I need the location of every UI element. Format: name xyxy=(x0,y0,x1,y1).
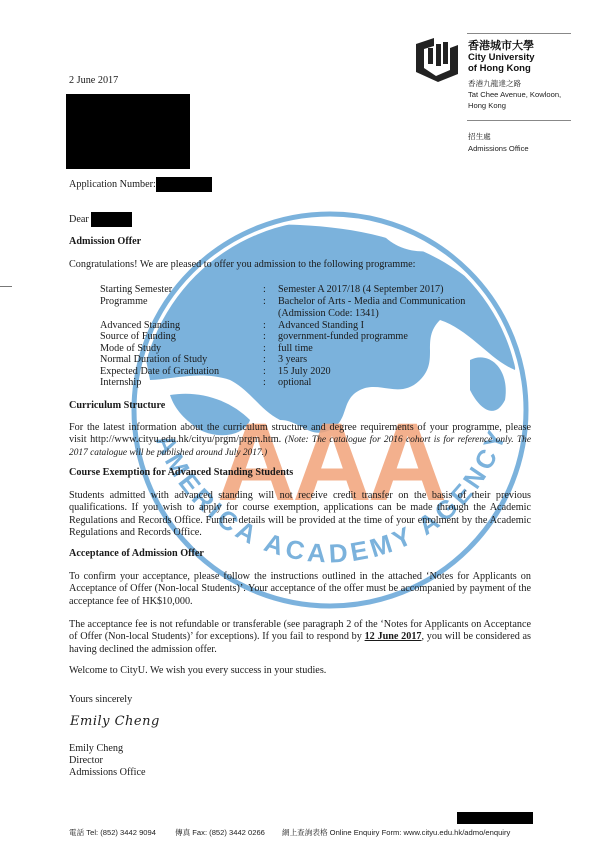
programme-label: Advanced Standing xyxy=(100,320,180,332)
programme-colon: : xyxy=(263,284,266,296)
salutation: Dear xyxy=(69,214,89,226)
programme-value: 15 July 2020 xyxy=(278,366,331,378)
redacted-application-number xyxy=(156,177,212,192)
programme-label: Mode of Study xyxy=(100,343,161,355)
exemption-heading: Course Exemption for Advanced Standing S… xyxy=(69,467,293,479)
redacted-name xyxy=(91,212,132,227)
office-en: Admissions Office xyxy=(468,144,529,155)
programme-colon: : xyxy=(263,343,266,355)
programme-label: Starting Semester xyxy=(100,284,172,296)
application-number-label: Application Number: xyxy=(69,179,156,191)
address-cn: 香港九龍達之路 xyxy=(468,79,521,90)
curriculum-text: For the latest information about the cur… xyxy=(69,422,531,459)
programme-value: optional xyxy=(278,377,311,389)
university-name-en-1: City University xyxy=(468,52,535,63)
university-name-en-2: of Hong Kong xyxy=(468,63,531,74)
programme-label: Expected Date of Graduation xyxy=(100,366,219,378)
intro-text: Congratulations! We are pleased to offer… xyxy=(69,259,416,271)
programme-value: 3 years xyxy=(278,354,307,366)
programme-colon: : xyxy=(263,331,266,343)
programme-value: full time xyxy=(278,343,313,355)
footer-fax: 傳真 Fax: (852) 3442 0266 xyxy=(175,827,265,838)
programme-colon: : xyxy=(263,377,266,389)
programme-value: Semester A 2017/18 (4 September 2017) xyxy=(278,284,444,296)
programme-value: Advanced Standing I xyxy=(278,320,364,332)
programme-value: government-funded programme xyxy=(278,331,408,343)
header-rule-bottom xyxy=(467,120,571,121)
signatory-office: Admissions Office xyxy=(69,767,146,779)
header-rule-top xyxy=(467,33,571,34)
programme-label: Source of Funding xyxy=(100,331,176,343)
redacted-address xyxy=(66,94,190,169)
university-name-cn: 香港城市大學 xyxy=(468,37,534,53)
office-cn: 招生處 xyxy=(468,132,491,143)
address-en-1: Tat Chee Avenue, Kowloon, xyxy=(468,90,561,101)
closing: Yours sincerely xyxy=(69,694,132,706)
programme-colon: : xyxy=(263,320,266,332)
redacted-reference xyxy=(457,812,533,824)
cityu-logo-icon xyxy=(412,34,462,82)
signatory-name: Emily Cheng xyxy=(69,743,123,755)
programme-value: Bachelor of Arts - Media and Communicati… xyxy=(278,296,465,308)
programme-colon: : xyxy=(263,366,266,378)
exemption-text: Students admitted with advanced standing… xyxy=(69,490,531,540)
acceptance-para1: To confirm your acceptance, please follo… xyxy=(69,571,531,608)
address-en-2: Hong Kong xyxy=(468,101,506,112)
letter-title: Admission Offer xyxy=(69,236,141,248)
programme-label: Programme xyxy=(100,296,148,308)
acceptance-heading: Acceptance of Admission Offer xyxy=(69,548,204,560)
signature: Emily Cheng xyxy=(70,714,160,729)
curriculum-heading: Curriculum Structure xyxy=(69,400,165,412)
programme-label: Internship xyxy=(100,377,141,389)
acceptance-para2: The acceptance fee is not refundable or … xyxy=(69,619,531,656)
response-deadline: 12 June 2017 xyxy=(365,631,422,642)
footer-enquiry: 網上查詢表格 Online Enquiry Form: www.cityu.ed… xyxy=(282,827,510,838)
welcome-text: Welcome to CityU. We wish you every succ… xyxy=(69,665,326,677)
programme-colon: : xyxy=(263,354,266,366)
signatory-title: Director xyxy=(69,755,103,767)
programme-label: Normal Duration of Study xyxy=(100,354,207,366)
margin-mark xyxy=(0,286,12,287)
programme-colon: : xyxy=(263,296,266,308)
footer-tel: 電話 Tel: (852) 3442 9094 xyxy=(69,827,156,838)
letter-date: 2 June 2017 xyxy=(69,75,118,87)
programme-value-line2: (Admission Code: 1341) xyxy=(278,308,379,320)
